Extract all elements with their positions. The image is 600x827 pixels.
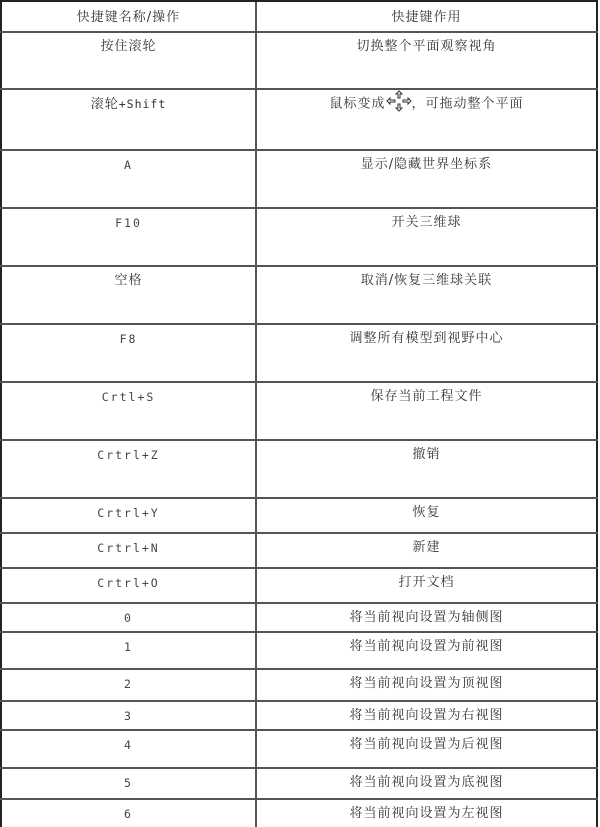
action-cell: 打开文档 xyxy=(257,569,598,602)
key-cell: Crtrl+Y xyxy=(0,499,257,532)
action-cell: 调整所有模型到视野中心 xyxy=(257,325,598,381)
table-row: 空格取消/恢复三维球关联 xyxy=(0,265,598,323)
table-row: 按住滚轮切换整个平面观察视角 xyxy=(0,31,598,88)
shortcut-action: 鼠标变成，可拖动整个平面 xyxy=(257,90,596,113)
action-cell: 撤销 xyxy=(257,441,598,497)
shortcut-key: Crtrl+Y xyxy=(2,499,255,521)
action-cell: 恢复 xyxy=(257,499,598,532)
shortcut-action: 将当前视向设置为轴侧图 xyxy=(257,604,596,626)
action-cell: 显示/隐藏世界坐标系 xyxy=(257,151,598,207)
shortcut-key: 空格 xyxy=(2,267,255,289)
shortcut-action: 显示/隐藏世界坐标系 xyxy=(257,151,596,173)
key-cell: 3 xyxy=(0,702,257,729)
table-row: 4将当前视向设置为后视图 xyxy=(0,729,598,767)
action-cell: 将当前视向设置为左视图 xyxy=(257,800,598,827)
header-key-label: 快捷键名称/操作 xyxy=(2,2,255,26)
header-cell-key: 快捷键名称/操作 xyxy=(0,2,257,31)
action-cell: 取消/恢复三维球关联 xyxy=(257,267,598,323)
shortcut-key: 5 xyxy=(2,769,255,791)
action-cell: 将当前视向设置为右视图 xyxy=(257,702,598,729)
shortcut-action: 新建 xyxy=(257,534,596,556)
table-row: 1将当前视向设置为前视图 xyxy=(0,631,598,668)
shortcut-key: 按住滚轮 xyxy=(2,33,255,55)
action-cell: 保存当前工程文件 xyxy=(257,383,598,439)
table-row: Crtrl+Z撤销 xyxy=(0,439,598,497)
action-cell: 将当前视向设置为后视图 xyxy=(257,731,598,767)
shortcut-key: Crtrl+N xyxy=(2,534,255,556)
table-row: 滚轮+Shift鼠标变成，可拖动整个平面 xyxy=(0,88,598,149)
shortcut-action: 将当前视向设置为底视图 xyxy=(257,769,596,791)
action-cell: 开关三维球 xyxy=(257,209,598,265)
shortcut-action: 取消/恢复三维球关联 xyxy=(257,267,596,289)
table-row: Crtrl+O打开文档 xyxy=(0,567,598,602)
shortcut-action: 恢复 xyxy=(257,499,596,521)
shortcut-action: 打开文档 xyxy=(257,569,596,591)
shortcut-key: 滚轮+Shift xyxy=(2,90,255,113)
key-cell: 0 xyxy=(0,604,257,631)
table-row: F8调整所有模型到视野中心 xyxy=(0,323,598,381)
key-cell: Crtrl+Z xyxy=(0,441,257,497)
shortcut-key: Crtl+S xyxy=(2,383,255,405)
shortcut-key: Crtrl+Z xyxy=(2,441,255,463)
key-cell: 5 xyxy=(0,769,257,798)
key-cell: 6 xyxy=(0,800,257,827)
shortcut-key: 0 xyxy=(2,604,255,626)
key-cell: 1 xyxy=(0,633,257,668)
shortcut-key: F10 xyxy=(2,209,255,231)
shortcut-key: F8 xyxy=(2,325,255,347)
action-cell: 将当前视向设置为前视图 xyxy=(257,633,598,668)
table-row: 5将当前视向设置为底视图 xyxy=(0,767,598,798)
key-cell: A xyxy=(0,151,257,207)
table-row: A显示/隐藏世界坐标系 xyxy=(0,149,598,207)
table-row: Crtrl+N新建 xyxy=(0,532,598,567)
shortcut-action: 保存当前工程文件 xyxy=(257,383,596,405)
shortcut-action: 切换整个平面观察视角 xyxy=(257,33,596,55)
key-cell: Crtrl+O xyxy=(0,569,257,602)
shortcut-action: 开关三维球 xyxy=(257,209,596,231)
key-cell: 按住滚轮 xyxy=(0,33,257,88)
key-cell: 空格 xyxy=(0,267,257,323)
shortcut-action: 将当前视向设置为右视图 xyxy=(257,702,596,724)
key-cell: Crtl+S xyxy=(0,383,257,439)
table-row: F10开关三维球 xyxy=(0,207,598,265)
shortcut-key: A xyxy=(2,151,255,173)
table-row: 3将当前视向设置为右视图 xyxy=(0,700,598,729)
shortcut-key-prefix: 滚轮 xyxy=(91,97,119,112)
key-cell: F10 xyxy=(0,209,257,265)
shortcut-action: 调整所有模型到视野中心 xyxy=(257,325,596,347)
key-cell: F8 xyxy=(0,325,257,381)
key-cell: 2 xyxy=(0,670,257,700)
action-cell: 鼠标变成，可拖动整个平面 xyxy=(257,90,598,149)
table-row: Crtl+S保存当前工程文件 xyxy=(0,381,598,439)
shortcut-key-suffix: +Shift xyxy=(119,97,167,111)
header-cell-action: 快捷键作用 xyxy=(257,2,598,31)
key-cell: Crtrl+N xyxy=(0,534,257,567)
action-cell: 将当前视向设置为底视图 xyxy=(257,769,598,798)
action-cell: 将当前视向设置为顶视图 xyxy=(257,670,598,700)
shortcut-action: 将当前视向设置为顶视图 xyxy=(257,670,596,692)
action-cell: 将当前视向设置为轴侧图 xyxy=(257,604,598,631)
action-cell: 新建 xyxy=(257,534,598,567)
shortcut-action-prefix: 鼠标变成 xyxy=(329,97,385,112)
key-cell: 4 xyxy=(0,731,257,767)
shortcut-key: Crtrl+O xyxy=(2,569,255,591)
header-action-label: 快捷键作用 xyxy=(257,2,596,26)
shortcut-key: 4 xyxy=(2,731,255,753)
move-cursor-icon xyxy=(386,90,412,112)
table-row: Crtrl+Y恢复 xyxy=(0,497,598,532)
shortcut-key: 2 xyxy=(2,670,255,692)
table-row: 0将当前视向设置为轴侧图 xyxy=(0,602,598,631)
shortcut-key: 6 xyxy=(2,800,255,822)
table-header-row: 快捷键名称/操作 快捷键作用 xyxy=(0,0,598,31)
shortcut-action: 将当前视向设置为后视图 xyxy=(257,731,596,753)
shortcut-action: 将当前视向设置为前视图 xyxy=(257,633,596,655)
shortcut-action: 撤销 xyxy=(257,441,596,463)
table-row: 2将当前视向设置为顶视图 xyxy=(0,668,598,700)
shortcut-action-suffix: ，可拖动整个平面 xyxy=(412,97,524,112)
shortcut-action: 将当前视向设置为左视图 xyxy=(257,800,596,822)
shortcut-key: 1 xyxy=(2,633,255,655)
action-cell: 切换整个平面观察视角 xyxy=(257,33,598,88)
key-cell: 滚轮+Shift xyxy=(0,90,257,149)
shortcut-key: 3 xyxy=(2,702,255,724)
table-row: 6将当前视向设置为左视图 xyxy=(0,798,598,827)
